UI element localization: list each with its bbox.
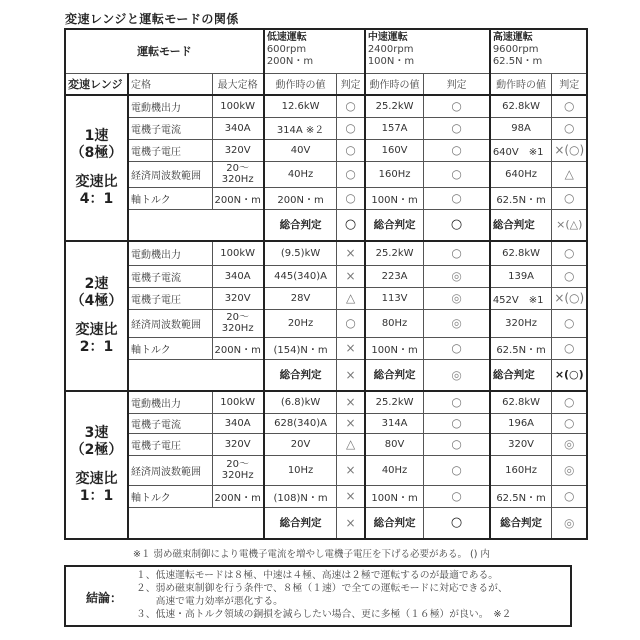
- range-1st-cell: 1速 （8極） 変速比 4：1: [65, 95, 128, 241]
- row-mid-value: 25.2kW: [365, 391, 424, 413]
- row-low-value: 40Hz: [264, 161, 337, 187]
- row-mid-judgement: ◎: [424, 309, 490, 337]
- mode-low-torque: 200N・m: [267, 56, 313, 67]
- total-label: 総合判定※1: [490, 359, 552, 391]
- total-label-text: 総合判定: [493, 219, 535, 231]
- row-high-value: 62.5N・m: [490, 485, 552, 507]
- row-item: 電動機出力: [128, 391, 212, 413]
- row-max: 340A: [212, 413, 264, 433]
- table-row: 経済周波数範囲 20～320Hz 20Hz ○ 80Hz ◎ 320Hz ○: [65, 309, 587, 337]
- row-low-value: 28V: [264, 287, 337, 309]
- row-high-value: 640Hz: [490, 161, 552, 187]
- row-item: 電機子電流: [128, 117, 212, 139]
- total-mid-judgement: ○: [424, 507, 490, 539]
- table-row: 経済周波数範囲 20～320Hz 10Hz × 40Hz ○ 160Hz ◎: [65, 455, 587, 485]
- range-speed: 2速: [68, 276, 125, 293]
- col-high-value: 動作時の値: [490, 73, 552, 95]
- row-max: 200N・m: [212, 337, 264, 359]
- row-high-judgement: ×(○): [552, 139, 587, 161]
- row-mid-value: 25.2kW: [365, 241, 424, 265]
- row-low-judgement: ○: [337, 139, 365, 161]
- row-low-judgement: ×: [337, 391, 365, 413]
- row-low-value: 314A ※２: [264, 117, 337, 139]
- row-high-value: 62.8kW: [490, 241, 552, 265]
- row-low-judgement: △: [337, 433, 365, 455]
- row-mid-judgement: ○: [424, 455, 490, 485]
- row-max: 200N・m: [212, 187, 264, 209]
- col-low-judgement: 判定: [337, 73, 365, 95]
- row-low-judgement: △: [337, 287, 365, 309]
- row-mid-judgement: ○: [424, 241, 490, 265]
- page-title: 変速レンジと運転モードの関係: [65, 10, 239, 27]
- row-max: 320V: [212, 139, 264, 161]
- row-mid-judgement: ○: [424, 117, 490, 139]
- row-max: 320V: [212, 287, 264, 309]
- col-max-rating: 最大定格: [212, 73, 264, 95]
- mode-label: 運転モード: [65, 29, 264, 73]
- table-row: 3速 （2極） 変速比 1：1 電動機出力 100kW (6.8)kW × 25…: [65, 391, 587, 413]
- row-low-judgement: ○: [337, 117, 365, 139]
- conclusion-line: ２、弱め磁束制御を行う条件で、８極（１速）で全ての運転モードに対応できるが、: [136, 582, 511, 595]
- row-high-value: 98A: [490, 117, 552, 139]
- row-item: 経済周波数範囲: [128, 161, 212, 187]
- row-high-value: 160Hz: [490, 455, 552, 485]
- column-header-row: 変速レンジ 定格 最大定格 動作時の値 判定 動作時の値 判定 動作時の値 判定: [65, 73, 587, 95]
- row-mid-value: 80Hz: [365, 309, 424, 337]
- total-high-judgement: ×(○): [552, 359, 587, 391]
- range-speed: 3速: [68, 425, 125, 442]
- row-item: 電機子電圧: [128, 433, 212, 455]
- mode-high-name: 高速運転: [493, 32, 533, 43]
- total-low-judgement: ×: [337, 507, 365, 539]
- row-low-value: 628(340)A: [264, 413, 337, 433]
- range-ratio-label: 変速比: [68, 322, 125, 339]
- total-label-text: 総合判定: [493, 369, 535, 381]
- row-high-judgement: ○: [552, 265, 587, 287]
- row-mid-value: 40Hz: [365, 455, 424, 485]
- total-row: 総合判定 × 総合判定 ◎ 総合判定※1 ×(○): [65, 359, 587, 391]
- row-mid-value: 314A: [365, 413, 424, 433]
- speed-range-table: 運転モード 低速運転 600rpm 200N・m 中速運転 2400rpm 10…: [64, 28, 588, 540]
- row-high-judgement: ○: [552, 117, 587, 139]
- row-low-judgement: ×: [337, 485, 365, 507]
- total-row: 総合判定 ○ 総合判定 ○ 総合判定※1 ×(△): [65, 209, 587, 241]
- row-max: 200N・m: [212, 485, 264, 507]
- total-blank: [128, 359, 264, 391]
- total-label: 総合判定: [490, 507, 552, 539]
- row-low-value: 200N・m: [264, 187, 337, 209]
- col-rating: 定格: [128, 73, 212, 95]
- row-mid-judgement: ○: [424, 485, 490, 507]
- row-mid-value: 113V: [365, 287, 424, 309]
- row-mid-value: 25.2kW: [365, 95, 424, 117]
- row-high-judgement: ×(○): [552, 287, 587, 309]
- mode-mid-torque: 100N・m: [368, 56, 414, 67]
- row-low-value: (108)N・m: [264, 485, 337, 507]
- row-mid-judgement: ○: [424, 95, 490, 117]
- row-mid-value: 223A: [365, 265, 424, 287]
- row-high-judgement: ○: [552, 413, 587, 433]
- row-mid-judgement: ○: [424, 413, 490, 433]
- table-row: 1速 （8極） 変速比 4：1 電動機出力 100kW 12.6kW ○ 25.…: [65, 95, 587, 117]
- total-label: 総合判定※1: [490, 209, 552, 241]
- range-3rd-cell: 3速 （2極） 変速比 1：1: [65, 391, 128, 539]
- row-low-value: 20Hz: [264, 309, 337, 337]
- row-low-judgement: ○: [337, 161, 365, 187]
- table-row: 軸トルク 200N・m 200N・m ○ 100N・m ○ 62.5N・m ○: [65, 187, 587, 209]
- table-row: 軸トルク 200N・m (108)N・m × 100N・m ○ 62.5N・m …: [65, 485, 587, 507]
- col-high-judgement: 判定: [552, 73, 587, 95]
- row-low-value: (9.5)kW: [264, 241, 337, 265]
- total-low-judgement: ×: [337, 359, 365, 391]
- row-mid-value: 157A: [365, 117, 424, 139]
- row-max: 340A: [212, 265, 264, 287]
- table-row: 電機子電流 340A 628(340)A × 314A ○ 196A ○: [65, 413, 587, 433]
- total-blank: [128, 507, 264, 539]
- row-mid-judgement: ○: [424, 161, 490, 187]
- table-row: 電機子電流 340A 314A ※２ ○ 157A ○ 98A ○: [65, 117, 587, 139]
- row-mid-judgement: ○: [424, 187, 490, 209]
- range-speed: 1速: [68, 128, 125, 145]
- row-item: 電機子電流: [128, 413, 212, 433]
- row-high-value: 62.5N・m: [490, 337, 552, 359]
- row-mid-judgement: ◎: [424, 265, 490, 287]
- mode-high-torque: 62.5N・m: [493, 56, 543, 67]
- total-label: 総合判定: [365, 209, 424, 241]
- range-ratio: 1：1: [68, 488, 125, 505]
- row-item: 電動機出力: [128, 95, 212, 117]
- table-row: 電機子電圧 320V 28V △ 113V ◎ 452V ※1 ×(○): [65, 287, 587, 309]
- row-mid-judgement: ○: [424, 139, 490, 161]
- mode-low-rpm: 600rpm: [267, 44, 306, 55]
- mode-high-header: 高速運転 9600rpm 62.5N・m: [490, 29, 587, 73]
- row-mid-value: 100N・m: [365, 485, 424, 507]
- row-mid-judgement: ○: [424, 391, 490, 413]
- row-max: 20～320Hz: [212, 309, 264, 337]
- range-ratio-label: 変速比: [68, 174, 125, 191]
- row-low-value: 12.6kW: [264, 95, 337, 117]
- row-mid-value: 100N・m: [365, 187, 424, 209]
- mode-mid-rpm: 2400rpm: [368, 44, 414, 55]
- row-low-value: 10Hz: [264, 455, 337, 485]
- row-low-judgement: ×: [337, 241, 365, 265]
- row-item: 電機子電流: [128, 265, 212, 287]
- footnote: ※１ 弱め磁束制御により電機子電流を増やし電機子電圧を下げる必要がある。 () …: [133, 546, 490, 560]
- table-row: 経済周波数範囲 20～320Hz 40Hz ○ 160Hz ○ 640Hz △: [65, 161, 587, 187]
- row-high-value: 196A: [490, 413, 552, 433]
- conclusion-label: 結論：: [86, 589, 122, 606]
- row-low-judgement: ○: [337, 95, 365, 117]
- range-ratio-label: 変速比: [68, 471, 125, 488]
- total-label: 総合判定: [365, 507, 424, 539]
- row-high-judgement: ○: [552, 309, 587, 337]
- range-poles: （8極）: [68, 145, 125, 162]
- row-item: 電機子電圧: [128, 139, 212, 161]
- row-high-judgement: ○: [552, 485, 587, 507]
- row-max: 100kW: [212, 95, 264, 117]
- row-item: 経済周波数範囲: [128, 309, 212, 337]
- conclusion-box: 結論： １、低速運転モードは８極、中速は４極、高速は２極で運転するのが最適である…: [64, 565, 572, 627]
- row-high-value: 62.8kW: [490, 95, 552, 117]
- row-item: 軸トルク: [128, 485, 212, 507]
- row-low-judgement: ×: [337, 413, 365, 433]
- row-item: 電機子電圧: [128, 287, 212, 309]
- total-mid-judgement: ○: [424, 209, 490, 241]
- total-label: 総合判定: [264, 359, 337, 391]
- row-high-judgement: ◎: [552, 455, 587, 485]
- table-row: 電機子電圧 320V 40V ○ 160V ○ 640V ※1 ×(○): [65, 139, 587, 161]
- range-poles: （2極）: [68, 442, 125, 459]
- row-high-value: 139A: [490, 265, 552, 287]
- row-high-judgement: ◎: [552, 433, 587, 455]
- max-line1: 20～: [215, 312, 261, 323]
- total-mid-judgement: ◎: [424, 359, 490, 391]
- col-mid-judgement: 判定: [424, 73, 490, 95]
- total-label: 総合判定: [264, 507, 337, 539]
- row-low-judgement: ○: [337, 187, 365, 209]
- row-high-judgement: ○: [552, 95, 587, 117]
- conclusion-line: 高速で電力効率が悪化する。: [136, 595, 511, 608]
- conclusion-line: １、低速運転モードは８極、中速は４極、高速は２極で運転するのが最適である。: [136, 569, 511, 582]
- row-low-value: (6.8)kW: [264, 391, 337, 413]
- row-item: 電動機出力: [128, 241, 212, 265]
- row-high-judgement: ○: [552, 391, 587, 413]
- row-mid-value: 160Hz: [365, 161, 424, 187]
- row-low-value: 445(340)A: [264, 265, 337, 287]
- total-label: 総合判定: [365, 359, 424, 391]
- row-high-judgement: ○: [552, 337, 587, 359]
- row-mid-value: 80V: [365, 433, 424, 455]
- table-row: 電機子電流 340A 445(340)A × 223A ◎ 139A ○: [65, 265, 587, 287]
- total-label: 総合判定: [264, 209, 337, 241]
- range-ratio: 4：1: [68, 191, 125, 208]
- max-line1: 20～: [215, 459, 261, 470]
- row-high-judgement: △: [552, 161, 587, 187]
- mode-mid-header: 中速運転 2400rpm 100N・m: [365, 29, 490, 73]
- col-low-value: 動作時の値: [264, 73, 337, 95]
- row-low-value: 20V: [264, 433, 337, 455]
- row-max: 100kW: [212, 241, 264, 265]
- row-item: 軸トルク: [128, 187, 212, 209]
- range-2nd-cell: 2速 （4極） 変速比 2：1: [65, 241, 128, 391]
- row-low-judgement: ×: [337, 337, 365, 359]
- mode-mid-name: 中速運転: [368, 32, 408, 43]
- mode-low-name: 低速運転: [267, 32, 307, 43]
- row-high-value: 452V ※1: [490, 287, 552, 309]
- col-range: 変速レンジ: [65, 73, 128, 95]
- row-mid-judgement: ○: [424, 337, 490, 359]
- row-high-judgement: ○: [552, 241, 587, 265]
- total-row: 総合判定 × 総合判定 ○ 総合判定 ◎: [65, 507, 587, 539]
- max-line1: 20～: [215, 163, 261, 174]
- row-max: 320V: [212, 433, 264, 455]
- row-mid-value: 160V: [365, 139, 424, 161]
- row-mid-judgement: ◎: [424, 287, 490, 309]
- row-low-judgement: ×: [337, 455, 365, 485]
- row-item: 経済周波数範囲: [128, 455, 212, 485]
- row-mid-value: 100N・m: [365, 337, 424, 359]
- range-ratio: 2：1: [68, 339, 125, 356]
- row-low-value: 40V: [264, 139, 337, 161]
- row-high-judgement: ○: [552, 187, 587, 209]
- max-line2: 320Hz: [215, 174, 261, 185]
- row-high-value: 640V ※1: [490, 139, 552, 161]
- row-max: 20～320Hz: [212, 161, 264, 187]
- conclusion-lines: １、低速運転モードは８極、中速は４極、高速は２極で運転するのが最適である。 ２、…: [136, 569, 511, 621]
- total-blank: [128, 209, 264, 241]
- row-high-value: 62.8kW: [490, 391, 552, 413]
- row-low-judgement: ○: [337, 309, 365, 337]
- col-mid-value: 動作時の値: [365, 73, 424, 95]
- total-high-judgement: ◎: [552, 507, 587, 539]
- row-high-value: 320Hz: [490, 309, 552, 337]
- row-max: 100kW: [212, 391, 264, 413]
- row-low-value: (154)N・m: [264, 337, 337, 359]
- mode-high-rpm: 9600rpm: [493, 44, 539, 55]
- table-row: 2速 （4極） 変速比 2：1 電動機出力 100kW (9.5)kW × 25…: [65, 241, 587, 265]
- row-max: 20～320Hz: [212, 455, 264, 485]
- row-low-judgement: ×: [337, 265, 365, 287]
- conclusion-line: ３、低速・高トルク領域の銅損を減らしたい場合、更に多極（１６極）が良い。 ※２: [136, 608, 511, 621]
- mode-low-header: 低速運転 600rpm 200N・m: [264, 29, 365, 73]
- row-high-value: 320V: [490, 433, 552, 455]
- total-high-judgement: ×(△): [552, 209, 587, 241]
- row-mid-judgement: ○: [424, 433, 490, 455]
- range-poles: （4極）: [68, 293, 125, 310]
- table-row: 電機子電圧 320V 20V △ 80V ○ 320V ◎: [65, 433, 587, 455]
- table-row: 軸トルク 200N・m (154)N・m × 100N・m ○ 62.5N・m …: [65, 337, 587, 359]
- row-item: 軸トルク: [128, 337, 212, 359]
- mode-header-row: 運転モード 低速運転 600rpm 200N・m 中速運転 2400rpm 10…: [65, 29, 587, 73]
- total-low-judgement: ○: [337, 209, 365, 241]
- max-line2: 320Hz: [215, 470, 261, 481]
- row-max: 340A: [212, 117, 264, 139]
- max-line2: 320Hz: [215, 323, 261, 334]
- row-high-value: 62.5N・m: [490, 187, 552, 209]
